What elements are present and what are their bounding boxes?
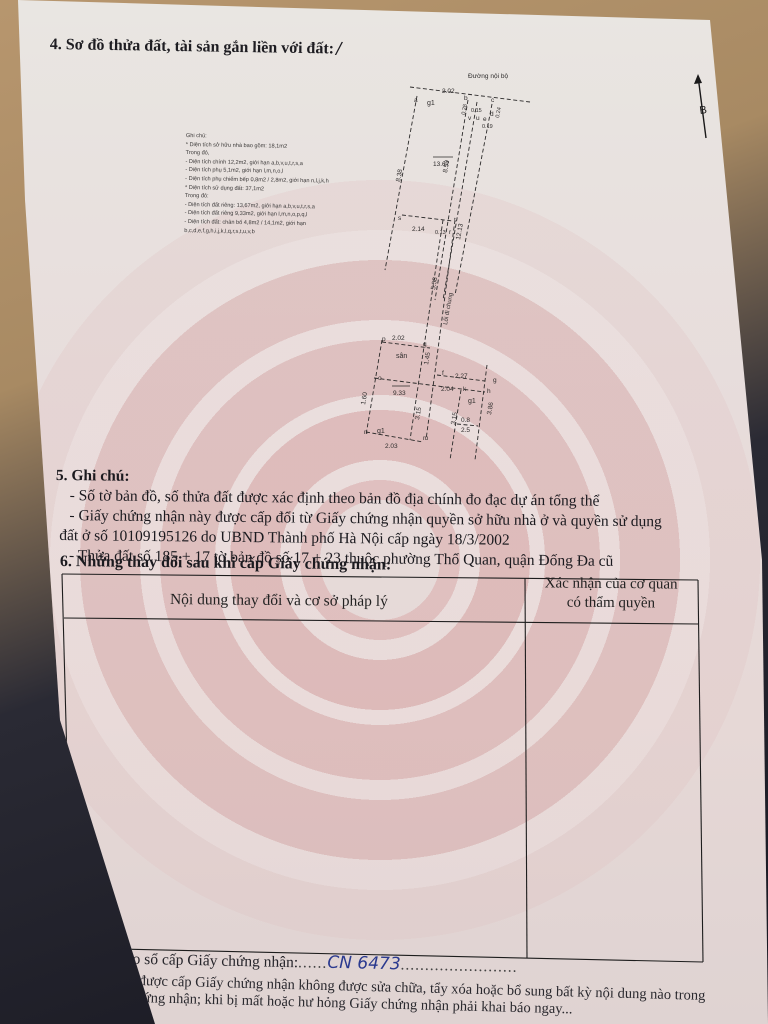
corner-o: o — [378, 375, 382, 382]
corner-f: f — [442, 370, 444, 377]
dim-315: 3.15 — [414, 406, 423, 420]
corner-p: p — [382, 336, 386, 343]
dim-pq-width: 2.02 — [392, 335, 405, 342]
corner-m: m — [423, 435, 428, 442]
dotted-leader: ...... — [298, 954, 328, 972]
yard-label: sân — [396, 353, 407, 360]
dim-25: 2.5 — [461, 427, 470, 434]
corner-e: e — [483, 116, 487, 123]
area-lower: 9.33 — [393, 390, 406, 397]
dotted-leader: ........................ — [400, 956, 517, 975]
corner-c: c — [491, 97, 495, 104]
certificate-page: 4. Sơ đồ thửa đất, tài sản gắn liền với … — [0, 0, 768, 1024]
column-header-confirmation-line2: có thẩm quyền — [536, 593, 686, 613]
north-label: B — [699, 104, 708, 117]
pen-mark: / — [336, 38, 342, 57]
corner-v: v — [468, 115, 472, 122]
dim-top-width: 2.02 — [442, 88, 455, 95]
section-4-title-text: 4. Sơ đồ thửa đất, tài sản gắn liền với … — [50, 36, 334, 57]
dim-028: 0.28 — [461, 104, 469, 116]
corner-s: s — [398, 215, 402, 222]
corner-b: b — [464, 95, 468, 102]
dim-013: 0.13 — [435, 230, 446, 236]
dim-bottom-width: 2.03 — [385, 443, 398, 450]
dim-right-side: 12.13 — [455, 223, 465, 241]
registration-label: Số vào sổ cấp Giấy chứng nhận: — [98, 950, 299, 971]
corner-h: h — [487, 388, 491, 395]
dim-145: 1.45 — [423, 351, 432, 365]
corner-t: t — [454, 217, 456, 224]
corner-n: n — [364, 429, 368, 436]
column-header-confirmation-line1: Xác nhận của cơ quan — [536, 574, 686, 594]
dim-left-side: 8.38 — [395, 168, 404, 182]
dim-08: 0.8 — [461, 417, 470, 424]
corner-g: g — [493, 377, 497, 384]
dim-204: 2.04 — [441, 386, 454, 393]
handwritten-number: CN 6473 — [327, 953, 401, 975]
corner-u: u — [476, 115, 480, 122]
dim-227: 2.27 — [455, 373, 468, 380]
north-arrow: B — [686, 70, 726, 140]
dim-024: 0.24 — [495, 107, 503, 119]
dim-214: 2.14 — [412, 226, 425, 233]
dim-mid-side: 8.59 — [442, 159, 451, 173]
plot-g1-lower: g1 — [377, 428, 385, 435]
dim-019: 0.19 — [482, 124, 493, 130]
column-header-confirmation: Xác nhận của cơ quan có thẩm quyền — [536, 574, 686, 613]
corner-a: a — [414, 97, 418, 104]
corner-r: r — [449, 229, 452, 236]
corner-d: d — [490, 111, 494, 118]
road-label: Đường nội bộ — [468, 73, 508, 80]
dim-lower-side: 5.58 — [430, 276, 439, 290]
dim-160: 1.60 — [360, 391, 369, 405]
dim-015: 0.15 — [471, 108, 482, 114]
plot-g1-right: g1 — [468, 398, 476, 405]
changes-table — [60, 570, 700, 960]
column-header-changes: Nội dung thay đổi và cơ sở pháp lý — [170, 591, 388, 611]
plot-diagram: Đường nội bộ 2.02 a b c g1 0.28 0.15 0.1… — [330, 60, 570, 460]
upper-plot-label: g1 — [427, 100, 435, 107]
warning-text: Người được cấp Giấy chứng nhận không đượ… — [97, 972, 738, 1023]
section-4-title: 4. Sơ đồ thửa đất, tài sản gắn liền với … — [50, 34, 342, 59]
dim-315b: 3.15 — [450, 411, 459, 425]
corner-q: q — [423, 341, 427, 348]
dim-386: 3.86 — [486, 401, 495, 415]
